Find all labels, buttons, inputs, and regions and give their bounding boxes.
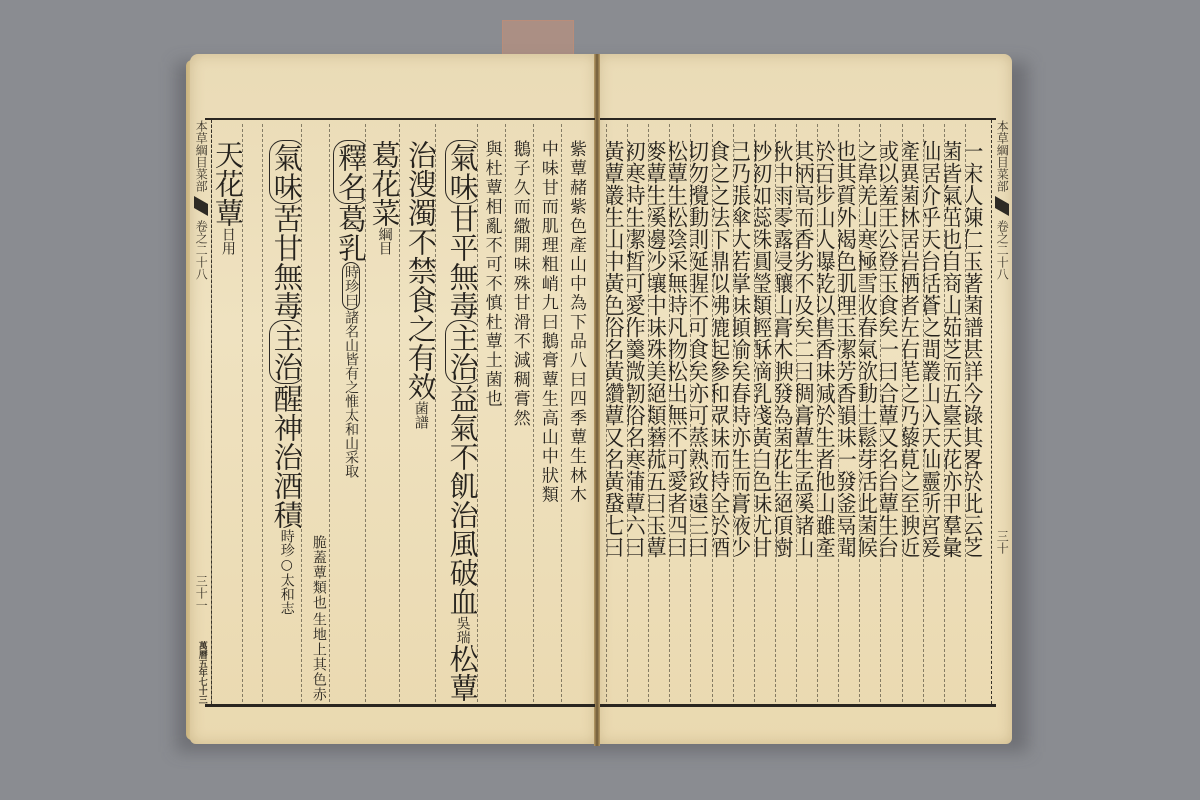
text-column: 一宋人陳仁玉著菌譜甚詳今錄其畧於此云芝 bbox=[965, 124, 986, 702]
left-page-columns: 紫蕈赭紫色產山中為下品八曰四季蕈生林木 中味甘而肌理粗峭九曰鵝膏蕈生高山中狀類 … bbox=[211, 124, 589, 702]
entry-heading-gehuacai: 葛花菜綱目 bbox=[365, 124, 399, 702]
entry-text: 葛乳 bbox=[334, 204, 365, 262]
left-page-text-frame: 本草綱目菜部 卷之二十八 三十一 萬曆五年七十三 紫蕈赭紫色產山中為下品八曰四季… bbox=[205, 118, 595, 707]
text-column: 也其質外褐色肌理玉潔芳香韻味一發釜鬲聞 bbox=[838, 124, 859, 702]
label-qiwei: 氣味 bbox=[269, 140, 301, 204]
text-column: 仙居介乎天台括蒼之間叢山入天仙靈所宮爰 bbox=[923, 124, 944, 702]
blank-column bbox=[242, 124, 262, 702]
text-column: 紫蕈赭紫色產山中為下品八曰四季蕈生林木 bbox=[561, 124, 589, 702]
text-column: 松蕈生松陰采無時凡物松出無不可愛者四曰 bbox=[669, 124, 690, 702]
label-zhuzhi: 主治 bbox=[445, 320, 477, 384]
text-column-shiming: 釋名葛乳時珍曰諸名山皆有之惟太和山采取 bbox=[329, 124, 365, 702]
source-note: 日用 bbox=[220, 227, 236, 255]
annotation-text: 諸名山皆有之惟太和山采取 bbox=[343, 310, 359, 478]
text-column-qiwei: 氣味甘平無毒主治益氣不飢治風破血吳瑞松蕈 bbox=[435, 124, 477, 702]
note-line: 脆蓋蕈類也 bbox=[309, 535, 329, 610]
text-column-qiwei-2: 氣味苦甘無毒主治醒神治酒積時珍○太和志 bbox=[262, 124, 301, 702]
right-banxin: 本草綱目菜部 卷之二十八 三十 bbox=[991, 120, 1012, 704]
banxin-page-number: 三十一 bbox=[195, 575, 208, 611]
text-column: 中味甘而肌理粗峭九曰鵝膏蕈生高山中狀類 bbox=[533, 124, 561, 702]
entry-text: 醒神治酒積 bbox=[270, 384, 301, 529]
entry-text: 治溲濁不禁食之有效 bbox=[404, 140, 435, 401]
text-column: 食之之法下鼎似沸漉起參和眾味而特全於酒 bbox=[712, 124, 733, 702]
label-shiming: 釋名 bbox=[333, 140, 365, 204]
entry-heading: 葛花菜 bbox=[368, 140, 399, 227]
entry-text: 甘平無毒 bbox=[446, 204, 477, 320]
banxin-page-number: 三十 bbox=[996, 530, 1009, 554]
entry-heading-songxun: 松蕈 bbox=[446, 644, 477, 702]
banxin-book-title: 本草綱目菜部 bbox=[195, 120, 208, 192]
citation-note: 吳瑞 bbox=[455, 616, 471, 644]
banxin-volume: 卷之二十八 bbox=[195, 220, 208, 280]
banxin-footer: 萬曆五年七十三 bbox=[196, 641, 205, 704]
double-line-note: 生地上其色赤 脆蓋蕈類也 bbox=[301, 124, 329, 702]
banxin-book-title: 本草綱目菜部 bbox=[996, 120, 1009, 192]
note-line: 生地上其色赤 bbox=[309, 612, 329, 702]
text-column: 治溲濁不禁食之有效菌譜 bbox=[399, 124, 435, 702]
right-page-columns: 一宋人陳仁玉著菌譜甚詳今錄其畧於此云芝 菌皆氣茁也自商山茹芝而五臺天花亦甲羣彙 … bbox=[606, 124, 986, 702]
text-column: 與杜蕈相亂不可不慎杜蕈土菌也 bbox=[477, 124, 505, 702]
citation-note: 菌譜 bbox=[413, 401, 429, 429]
left-banxin: 本草綱目菜部 卷之二十八 三十一 萬曆五年七十三 bbox=[191, 120, 212, 704]
text-column: 產異菌林居岩栖者左右芼之乃藜莧之至腴近 bbox=[902, 124, 923, 702]
text-column: 之韋羌山寒極雪收春氣欲動土鬆芽活此菌候 bbox=[859, 124, 880, 702]
text-column: 秋中雨零露浸釀山膏木腴發為菌花生絕頂樹 bbox=[775, 124, 796, 702]
text-column: 初寒時生潔皙可愛作羹微韌俗名寒蒲蕈六曰 bbox=[627, 124, 648, 702]
entry-text: 益氣不飢治風破血 bbox=[446, 384, 477, 616]
banxin-volume: 卷之二十八 bbox=[996, 220, 1009, 280]
right-page-text-frame: 本草綱目菜部 卷之二十八 三十 一宋人陳仁玉著菌譜甚詳今錄其畧於此云芝 菌皆氣茁… bbox=[600, 118, 996, 707]
text-column: 其柄高而香劣不及矣二曰稠膏蕈生孟溪諸山 bbox=[796, 124, 817, 702]
source-note: 綱目 bbox=[377, 227, 393, 255]
fish-tail-mark bbox=[194, 196, 208, 216]
text-column: 菌皆氣茁也自商山茹芝而五臺天花亦甲羣彙 bbox=[944, 124, 965, 702]
label-zhuzhi: 主治 bbox=[269, 320, 301, 384]
citation-note: 時珍○太和志 bbox=[279, 529, 295, 615]
entry-text: 苦甘無毒 bbox=[270, 204, 301, 320]
label-shizhen: 時珍曰 bbox=[342, 262, 360, 310]
text-column: 鵝子久而繖開味殊甘滑不減稠膏然 bbox=[505, 124, 533, 702]
text-column: 切勿攪動則涎腥不可食矣亦可蒸熟致遠三曰 bbox=[690, 124, 711, 702]
text-column: 黃蕈叢生山中黃色俗名黃纘蕈又名黃䖸七曰 bbox=[606, 124, 627, 702]
entry-heading: 天花蕈 bbox=[211, 140, 242, 227]
text-column: 麥蕈生溪邊沙壤中味殊美絕類蘑菰五曰玉蕈 bbox=[648, 124, 669, 702]
text-column: 或以羞王公登玉食矣一曰合蕈又名台蕈生台 bbox=[880, 124, 901, 702]
entry-heading-tianhuaxun: 天花蕈日用 bbox=[211, 124, 242, 702]
text-column: 杪初如蕊珠圓瑩類輕酥滴乳淺黃白色味尤甘 bbox=[754, 124, 775, 702]
text-column: 已乃張傘大若掌味頓渝矣春時亦生而膏液少 bbox=[733, 124, 754, 702]
label-qiwei: 氣味 bbox=[445, 140, 477, 204]
fish-tail-mark bbox=[995, 196, 1009, 216]
text-column: 於百步山人曝乾以售香味減於生者他山雖產 bbox=[817, 124, 838, 702]
